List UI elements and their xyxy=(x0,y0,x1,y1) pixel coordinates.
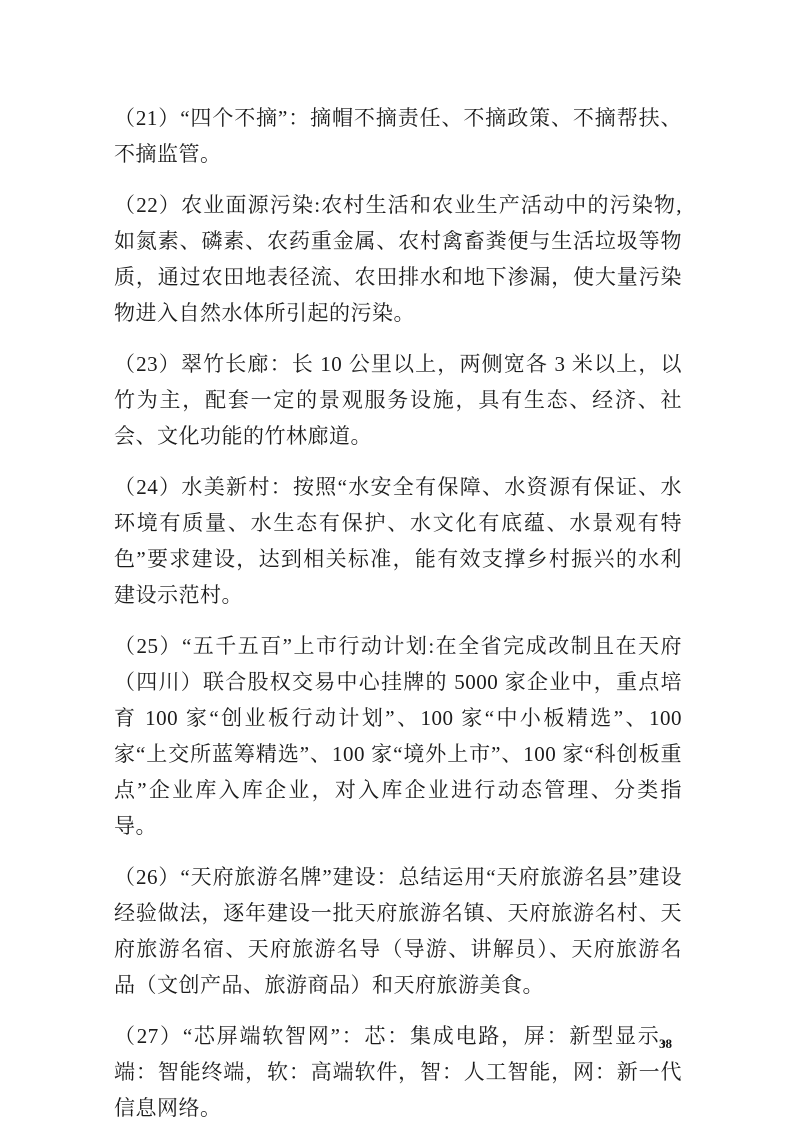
document-page: （21）“四个不摘”：摘帽不摘责任、不摘政策、不摘帮扶、不摘监管。 （22）农业… xyxy=(0,0,793,1122)
definition-item-26: （26）“天府旅游名牌”建设：总结运用“天府旅游名县”建设经验做法，逐年建设一批… xyxy=(114,859,682,1003)
definition-item-22: （22）农业面源污染:农村生活和农业生产活动中的污染物,如氮素、磷素、农药重金属… xyxy=(114,187,682,331)
definition-item-23: （23）翠竹长廊：长 10 公里以上，两侧宽各 3 米以上，以竹为主，配套一定的… xyxy=(114,346,682,454)
definition-item-24: （24）水美新村：按照“水安全有保障、水资源有保证、水环境有质量、水生态有保护、… xyxy=(114,469,682,613)
definition-item-21: （21）“四个不摘”：摘帽不摘责任、不摘政策、不摘帮扶、不摘监管。 xyxy=(114,100,682,172)
page-number: 38 xyxy=(0,1036,672,1052)
document-body: （21）“四个不摘”：摘帽不摘责任、不摘政策、不摘帮扶、不摘监管。 （22）农业… xyxy=(114,100,682,1122)
definition-item-27: （27）“芯屏端软智网”：芯：集成电路，屏：新型显示，端：智能终端，软：高端软件… xyxy=(114,1018,682,1122)
definition-item-25: （25）“五千五百”上市行动计划:在全省完成改制且在天府（四川）联合股权交易中心… xyxy=(114,628,682,844)
